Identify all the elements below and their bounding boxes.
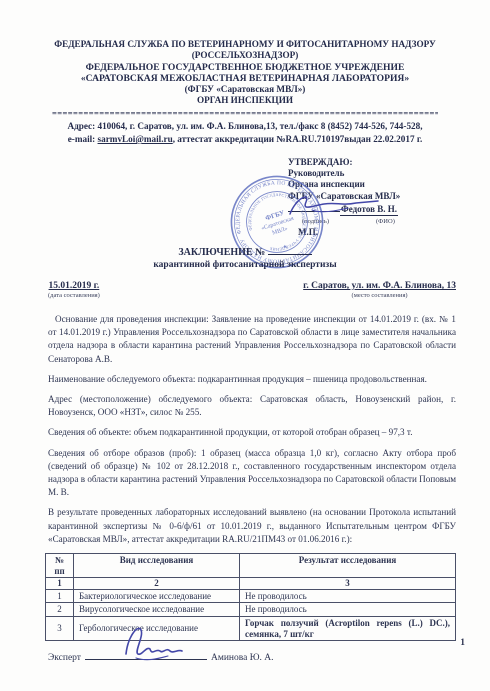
row3-result: Горчак ползучий (Acroptilon repens (L.) … [240,617,456,641]
paragraph-inspection-basis: Основание для проведения инспекции: Заяв… [48,313,456,366]
header-cell-type: Вид исследования [74,554,240,578]
expert-label: Эксперт [48,653,81,663]
inspection-body-label: ОРГАН ИНСПЕКЦИИ [0,95,490,106]
conclusion-number-blank [268,245,312,255]
institution-short-name: (ФГБУ «Саратовская МВЛ») [0,84,490,95]
institution-type: ФЕДЕРАЛЬНОЕ ГОСУДАРСТВЕННОЕ БЮДЖЕТНОЕ УЧ… [0,62,490,73]
row1-type: Бактериологическое исследование [74,589,240,603]
institution-name: «САРАТОВСКАЯ МЕЖОБЛАСТНАЯ ВЕТЕРИНАРНАЯ Л… [0,73,490,84]
contact-line: e-mail: sarmvLoi@mail.ru, аттестат аккре… [30,133,460,146]
document-body: Основание для проведения инспекции: Заяв… [48,313,456,641]
document-title: ЗАКЛЮЧЕНИЕ № карантинной фитосанитарной … [0,245,490,270]
results-table: № пп Вид исследования Результат исследов… [45,553,456,641]
numbering-cell-3: 3 [240,578,456,590]
email-address: sarmvLoi@mail.ru [98,134,173,144]
accreditation-info: , аттестат аккредитации №RA.RU.710197выд… [173,134,423,144]
paragraph-object-info: Сведения об объекте: объем подкарантинно… [48,426,456,439]
date-caption: (дата составления) [48,292,100,299]
numbering-cell-1: 1 [46,578,74,590]
agency-name: ФЕДЕРАЛЬНАЯ СЛУЖБА ПО ВЕТЕРИНАРНОМУ И ФИ… [0,39,490,50]
table-row: 2 Вирусологическое исследование Не прово… [46,603,456,617]
expert-signature-icon [108,618,198,664]
date-block: 15.01.2019 г. (дата составления) [48,281,100,299]
title-line1: ЗАКЛЮЧЕНИЕ № [0,245,490,258]
approve-label: УТВЕРЖДАЮ: [288,157,458,168]
header-cell-num: № пп [46,554,74,578]
conclusion-number-label: ЗАКЛЮЧЕНИЕ № [178,247,265,258]
letterhead: ФЕДЕРАЛЬНАЯ СЛУЖБА ПО ВЕТЕРИНАРНОМУ И ФИ… [0,39,490,107]
paragraph-object-address: Адрес (местоположение) обследуемого объе… [48,393,456,419]
table-numbering-row: 1 2 3 [46,578,456,590]
header-cell-result: Результат исследования [240,554,456,578]
paragraph-object-name: Наименование обследуемого объекта: подка… [48,373,456,386]
date-place-row: 15.01.2019 г. (дата составления) г. Сара… [48,281,456,299]
agency-short-name: (РОССЕЛЬХОЗНАДЗОР) [0,50,490,61]
email-label: e-mail: [68,134,98,144]
divider-line: ========================================… [52,108,438,118]
page-number: 1 [460,638,465,648]
expert-name: Аминова Ю. А. [211,653,274,663]
address-block: Адрес: 410064, г. Саратов, ул. им. Ф.А. … [30,120,460,146]
approver-signature-icon [282,190,392,222]
table-row: 1 Бактериологическое исследование Не про… [46,589,456,603]
title-line2: карантинной фитосанитарной экспертизы [0,260,490,270]
address-line: Адрес: 410064, г. Саратов, ул. им. Ф.А. … [30,120,460,133]
paragraph-sampling-info: Сведения об отборе образов (проб): 1 обр… [48,447,456,500]
table-header-row: № пп Вид исследования Результат исследов… [46,554,456,578]
table-row: 3 Гербологическое исследование Горчак по… [46,617,456,641]
numbering-cell-2: 2 [74,578,240,590]
place-block: г. Саратов, ул. им. Ф.А. Блинова, 13 (ме… [303,281,456,299]
row3-num: 3 [46,617,74,641]
paragraph-lab-results-intro: В результате проведенных лабораторных ис… [48,506,456,546]
compose-date: 15.01.2019 г. [48,281,100,291]
row1-num: 1 [46,589,74,603]
compose-place: г. Саратов, ул. им. Ф.А. Блинова, 13 [303,281,456,291]
row2-result: Не проводилось [240,603,456,617]
row2-num: 2 [46,603,74,617]
row2-type: Вирусологическое исследование [74,603,240,617]
row1-result: Не проводилось [240,589,456,603]
place-caption: (место составления) [303,292,456,299]
document-page: ФЕДЕРАЛЬНАЯ СЛУЖБА ПО ВЕТЕРИНАРНОМУ И ФИ… [0,0,490,691]
